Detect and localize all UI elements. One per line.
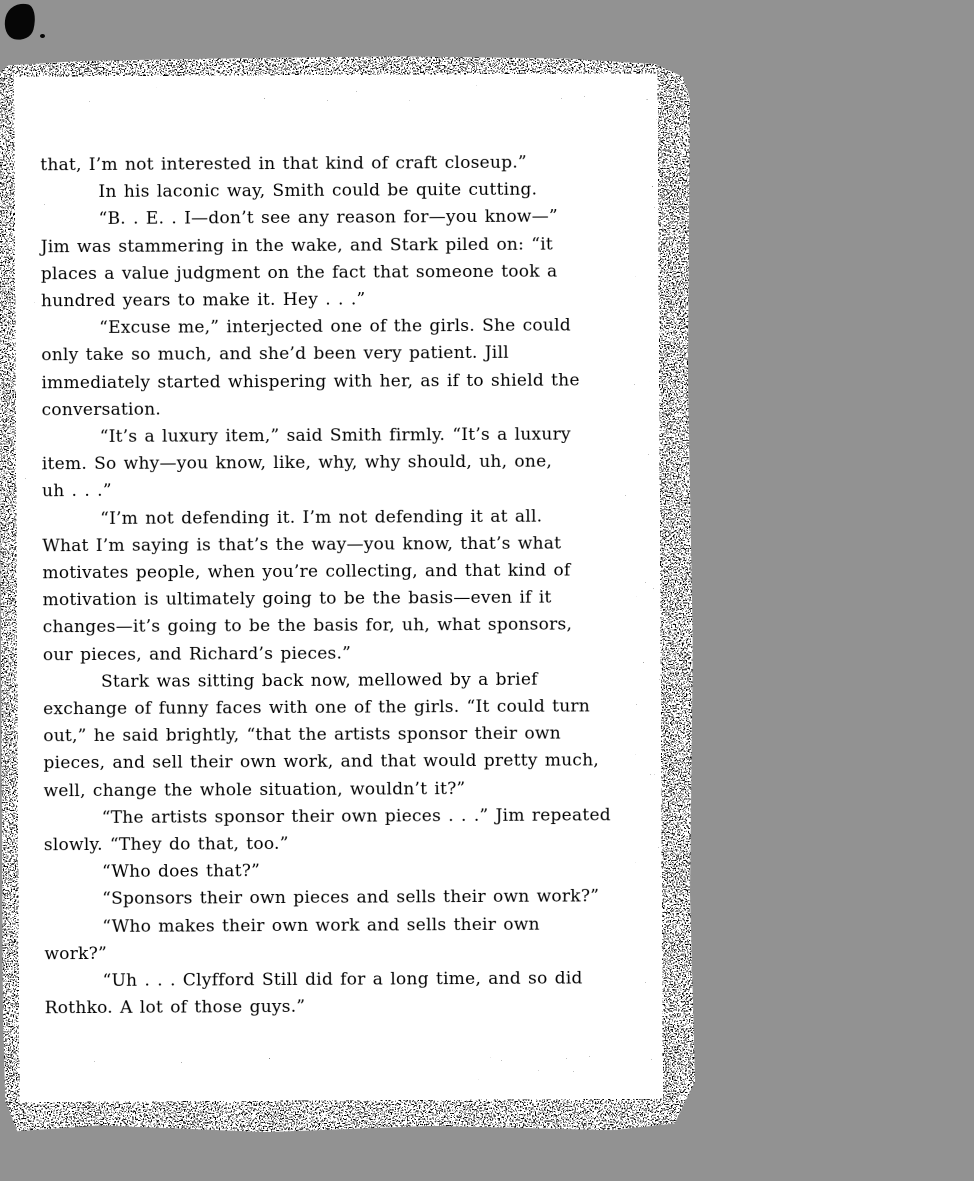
paragraph: “Sponsors their own pieces and sells the… xyxy=(44,883,658,913)
paragraph: “B. . E. . I—don’t see any reason for—yo… xyxy=(41,203,656,315)
paragraph: “Excuse me,” interjected one of the girl… xyxy=(41,312,656,424)
ink-speck xyxy=(40,34,45,38)
paragraph: that, I’m not interested in that kind of… xyxy=(40,149,654,179)
scanned-book-page: that, I’m not interested in that kind of… xyxy=(0,55,695,1134)
paragraph: “It’s a luxury item,” said Smith firmly.… xyxy=(42,421,656,506)
paragraph: In his laconic way, Smith could be quite… xyxy=(40,176,654,206)
paragraph: “The artists sponsor their own pieces . … xyxy=(44,802,658,860)
ink-blob xyxy=(1,0,39,43)
page-text: that, I’m not interested in that kind of… xyxy=(40,149,659,1023)
paragraph: Stark was sitting back now, mellowed by … xyxy=(43,666,658,805)
paragraph: “Who makes their own work and sells thei… xyxy=(44,911,658,969)
scan-backdrop: that, I’m not interested in that kind of… xyxy=(0,0,974,1181)
paragraph: “Uh . . . Clyfford Still did for a long … xyxy=(45,965,659,1023)
paragraph: “Who does that?” xyxy=(44,856,658,886)
paragraph: “I’m not defending it. I’m not defending… xyxy=(42,503,657,669)
